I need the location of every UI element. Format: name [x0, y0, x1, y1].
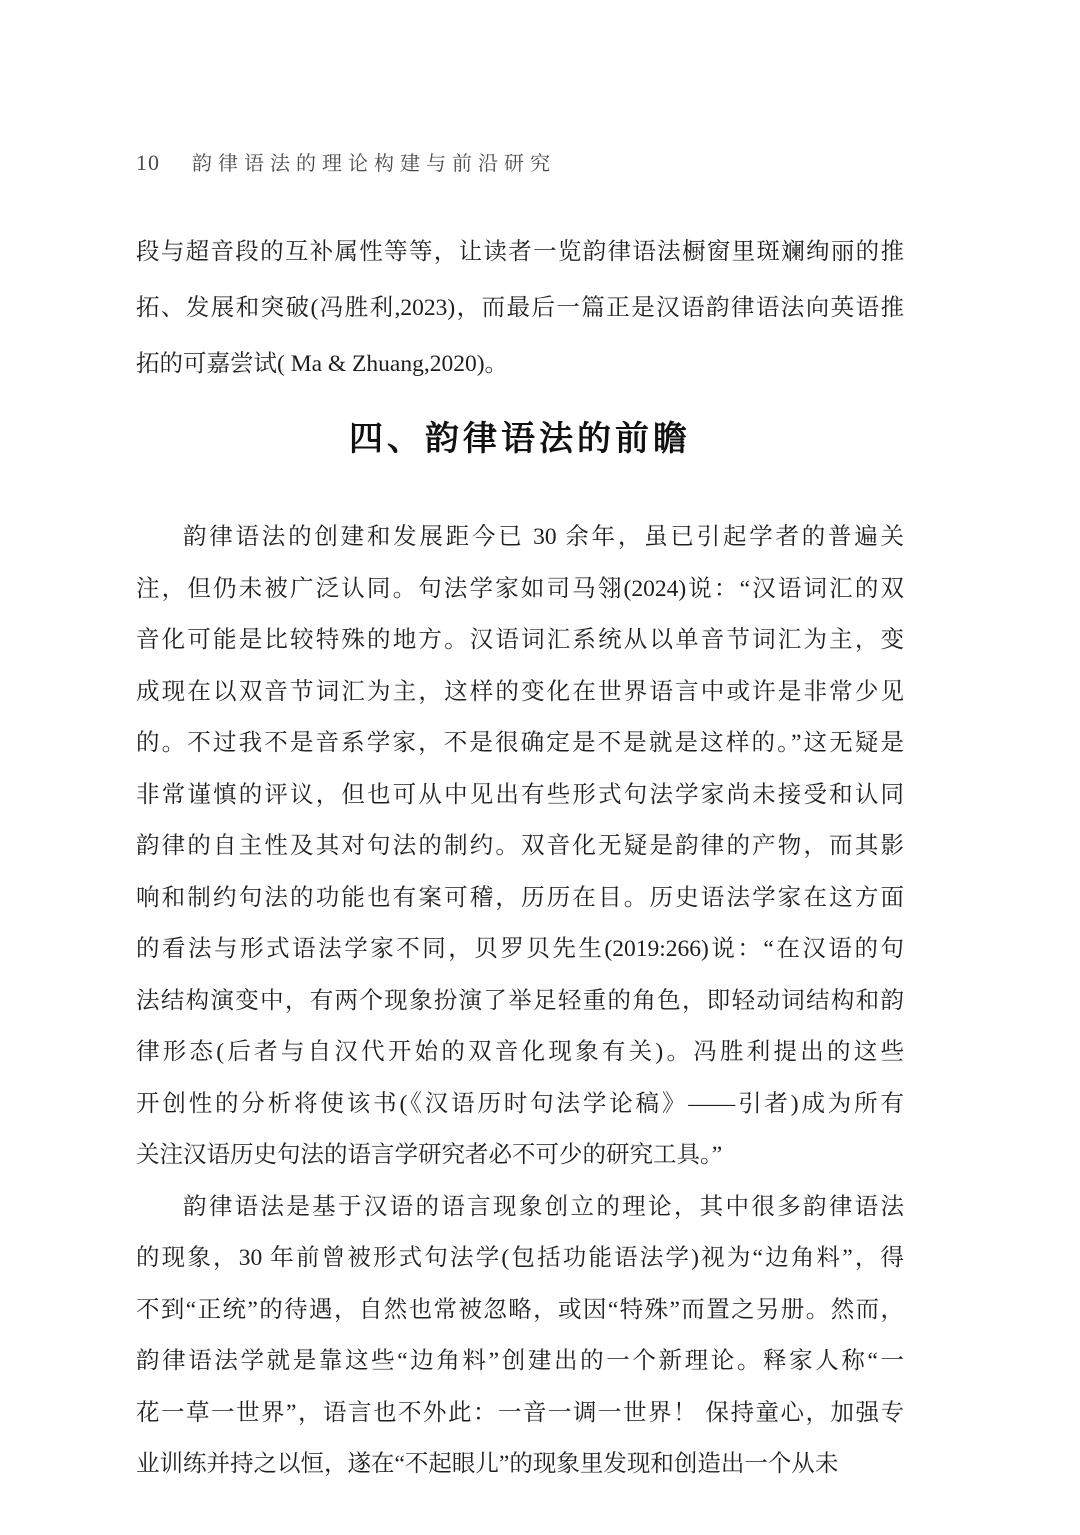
text-line: 花一草一世界”，语言也不外此：一音一调一世界！ 保持童心，加强专: [136, 1388, 904, 1440]
running-title: 韵律语法的理论构建与前沿研究: [192, 149, 556, 179]
text-line: 律形态(后者与自汉代开始的双音化现象有关)。冯胜利提出的这些: [136, 1027, 904, 1079]
paragraph: 韵律语法的创建和发展距今已 30 余年，虽已引起学者的普遍关注，但仍未被广泛认同…: [136, 512, 904, 1182]
text-line: 关注汉语历史句法的语言学研究者必不可少的研究工具。”: [136, 1130, 904, 1182]
running-header: 10 韵律语法的理论构建与前沿研究: [136, 148, 904, 178]
text-line: 韵律语法是基于汉语的语言现象创立的理论，其中很多韵律语法: [136, 1182, 904, 1234]
text-line: 非常谨慎的评议，但也可从中见出有些形式句法学家尚未接受和认同: [136, 770, 904, 822]
paragraph: 韵律语法是基于汉语的语言现象创立的理论，其中很多韵律语法的现象，30 年前曾被形…: [136, 1182, 904, 1491]
text-line: 法结构演变中，有两个现象扮演了举足轻重的角色，即轻动词结构和韵: [136, 976, 904, 1028]
text-line: 韵律语法学就是靠这些“边角料”创建出的一个新理论。释家人称“一: [136, 1336, 904, 1388]
page-number: 10: [136, 148, 160, 178]
text-line: 韵律的自主性及其对句法的制约。双音化无疑是韵律的产物，而其影: [136, 821, 904, 873]
text-line: 韵律语法的创建和发展距今已 30 余年，虽已引起学者的普遍关: [136, 512, 904, 564]
text-line: 的看法与形式语法学家不同，贝罗贝先生(2019:266)说：“在汉语的句: [136, 924, 904, 976]
text-line: 的。不过我不是音系学家，不是很确定是不是就是这样的。”这无疑是: [136, 718, 904, 770]
text-line: 成现在以双音节词汇为主，这样的变化在世界语言中或许是非常少见: [136, 667, 904, 719]
text-line: 的现象，30 年前曾被形式句法学(包括功能语法学)视为“边角料”，得: [136, 1233, 904, 1285]
text-line: 拓的可嘉尝试( Ma & Zhuang,2020)。: [136, 336, 904, 392]
text-line: 业训练并持之以恒，遂在“不起眼儿”的现象里发现和创造出一个从未: [136, 1439, 904, 1491]
text-line: 段与超音段的互补属性等等，让读者一览韵律语法橱窗里斑斓绚丽的推: [136, 224, 904, 280]
book-page: 10 韵律语法的理论构建与前沿研究 段与超音段的互补属性等等，让读者一览韵律语法…: [136, 0, 904, 1491]
paragraph: 段与超音段的互补属性等等，让读者一览韵律语法橱窗里斑斓绚丽的推拓、发展和突破(冯…: [136, 224, 904, 392]
text-line: 音化可能是比较特殊的地方。汉语词汇系统从以单音节词汇为主，变: [136, 615, 904, 667]
text-line: 开创性的分析将使该书(《汉语历时句法学论稿》——引者)成为所有: [136, 1079, 904, 1131]
text-line: 注，但仍未被广泛认同。句法学家如司马翎(2024)说：“汉语词汇的双: [136, 564, 904, 616]
text-line: 不到“正统”的待遇，自然也常被忽略，或因“特殊”而置之另册。然而，: [136, 1285, 904, 1337]
text-line: 响和制约句法的功能也有案可稽，历历在目。历史语法学家在这方面: [136, 873, 904, 925]
text-line: 拓、发展和突破(冯胜利,2023)，而最后一篇正是汉语韵律语法向英语推: [136, 280, 904, 336]
document-body: 段与超音段的互补属性等等，让读者一览韵律语法橱窗里斑斓绚丽的推拓、发展和突破(冯…: [136, 224, 904, 1491]
section-heading: 四、韵律语法的前瞻: [136, 414, 904, 466]
